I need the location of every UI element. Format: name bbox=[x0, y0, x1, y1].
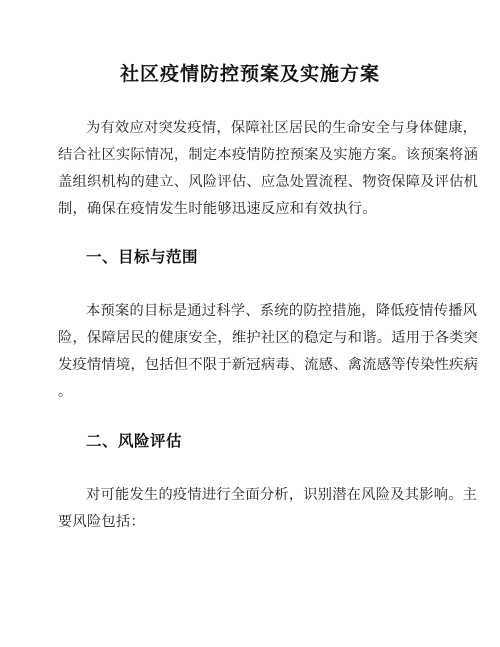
paragraph-line: 为有效应对突发疫情，保障社区居民的生命安全与身体健康， bbox=[58, 115, 448, 142]
section-heading-goals-scope: 一、目标与范围 bbox=[86, 245, 198, 269]
goals-scope-paragraph: 本预案的目标是通过科学、系统的防控措施，降低疫情传播风 险，保障居民的健康安全，… bbox=[58, 298, 448, 406]
paragraph-line: 制，确保在疫情发生时能够迅速反应和有效执行。 bbox=[58, 196, 448, 223]
paragraph-line: 本预案的目标是通过科学、系统的防控措施，降低疫情传播风 bbox=[58, 298, 448, 325]
paragraph-line: 对可能发生的疫情进行全面分析，识别潜在风险及其影响。主 bbox=[58, 482, 448, 509]
paragraph-line: 险，保障居民的健康安全，维护社区的稳定与和谐。适用于各类突 bbox=[58, 325, 448, 352]
document-page: 社区疫情防控预案及实施方案 为有效应对突发疫情，保障社区居民的生命安全与身体健康… bbox=[0, 0, 500, 647]
paragraph-line: 。 bbox=[58, 379, 448, 406]
paragraph-line: 结合社区实际情况，制定本疫情防控预案及实施方案。该预案将涵 bbox=[58, 142, 448, 169]
intro-paragraph: 为有效应对突发疫情，保障社区居民的生命安全与身体健康， 结合社区实际情况，制定本… bbox=[58, 115, 448, 223]
section-heading-risk-assessment: 二、风险评估 bbox=[86, 429, 182, 453]
paragraph-line: 发疫情情境，包括但不限于新冠病毒、流感、禽流感等传染性疾病 bbox=[58, 352, 448, 379]
risk-assessment-paragraph: 对可能发生的疫情进行全面分析，识别潜在风险及其影响。主 要风险包括： bbox=[58, 482, 448, 536]
document-title: 社区疫情防控预案及实施方案 bbox=[0, 60, 500, 88]
paragraph-line: 盖组织机构的建立、风险评估、应急处置流程、物资保障及评估机 bbox=[58, 169, 448, 196]
paragraph-line: 要风险包括： bbox=[58, 509, 448, 536]
